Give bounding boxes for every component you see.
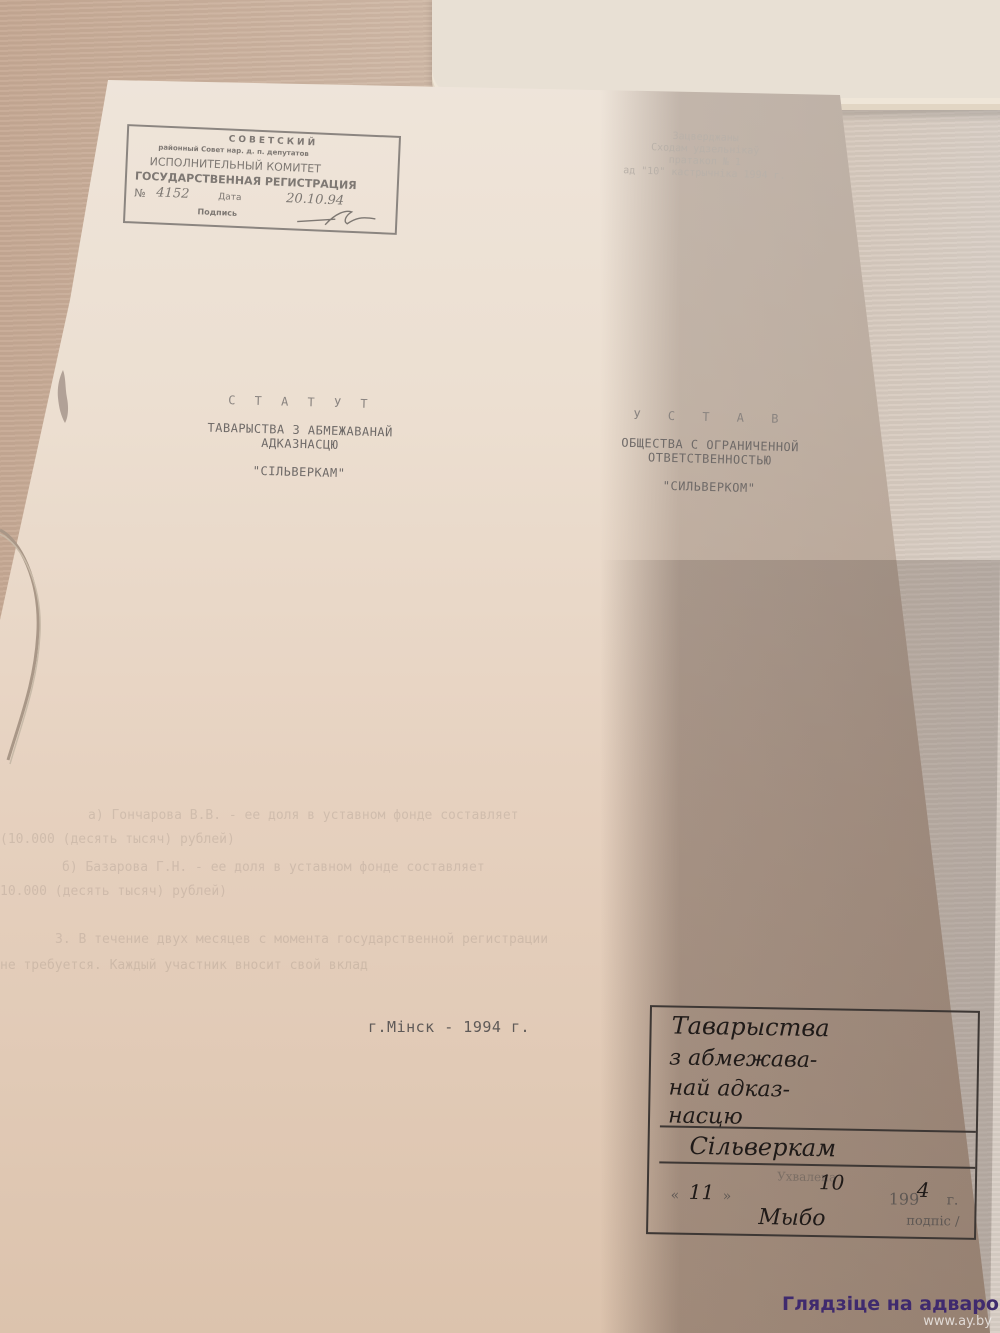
year-prefix: 199 (889, 1189, 920, 1209)
handwritten-day: 11 (689, 1180, 715, 1204)
handwritten-line-1: Таварыства (671, 1012, 829, 1043)
watermark: www.ay.by (923, 1314, 992, 1329)
stamp-date-label: Дата (218, 192, 242, 203)
bleed-line: 10.000 (десять тысяч) рублей) (0, 884, 227, 899)
stamp-number-label: № (134, 186, 146, 199)
see-reverse-stamp: Глядзіце на адвароце (782, 1293, 1000, 1315)
bleed-line: 3. В течение двух месяцев с момента госу… (55, 932, 548, 947)
handwritten-line-3: най адказ- (668, 1075, 790, 1102)
stamp-signature-label: Подпись (197, 207, 237, 218)
right-title-block: У С Т А В ОБЩЕСТВА С ОГРАНИЧЕННОЙ ОТВЕТС… (564, 406, 856, 498)
stack-handwritten-note: ...тэксты (972, 0, 1000, 60)
place-year: г.Мінск - 1994 г. (368, 1018, 530, 1036)
signature-icon (295, 204, 386, 230)
signature-label: подпіс / (906, 1214, 959, 1230)
day-quote-open: « (671, 1188, 680, 1204)
punch-hole-icon (55, 368, 71, 428)
bleed-line: б) Базарова Г.Н. - ее доля в уставном фо… (62, 860, 485, 875)
bleed-line: а) Гончарова В.В. - ее доля в уставном ф… (88, 808, 518, 823)
binding-string-icon (0, 520, 60, 780)
handwritten-year-digit: 4 (917, 1178, 930, 1202)
handwritten-company-name: Сільверкам (689, 1132, 836, 1163)
handwritten-month: 10 (819, 1170, 845, 1194)
approval-block: Зацверджаны Сходам удзельнікаў пратакол … (574, 127, 836, 184)
paper-stack: ...тэксты (432, 0, 1000, 98)
registration-stamp: СОВЕТСКИЙ районный Совет нар. д. п. депу… (123, 124, 401, 235)
day-quote-close: » (723, 1188, 732, 1204)
year-unit: г. (947, 1192, 959, 1208)
approval-stamp: Таварыства з абмежава- най адказ- насцю … (646, 1005, 980, 1240)
bleed-line: не требуется. Каждый участник вносит сво… (0, 958, 368, 973)
handwritten-signature: Мыбо (758, 1205, 826, 1231)
stamp-number-value: 4152 (156, 185, 190, 201)
bleed-line: (10.000 (десять тысяч) рублей) (0, 832, 235, 847)
left-title-block: С Т А Т У Т ТАВАРЫСТВА З АБМЕЖАВАНАЙ АДК… (149, 391, 451, 483)
handwritten-line-2: з абмежава- (669, 1045, 818, 1073)
